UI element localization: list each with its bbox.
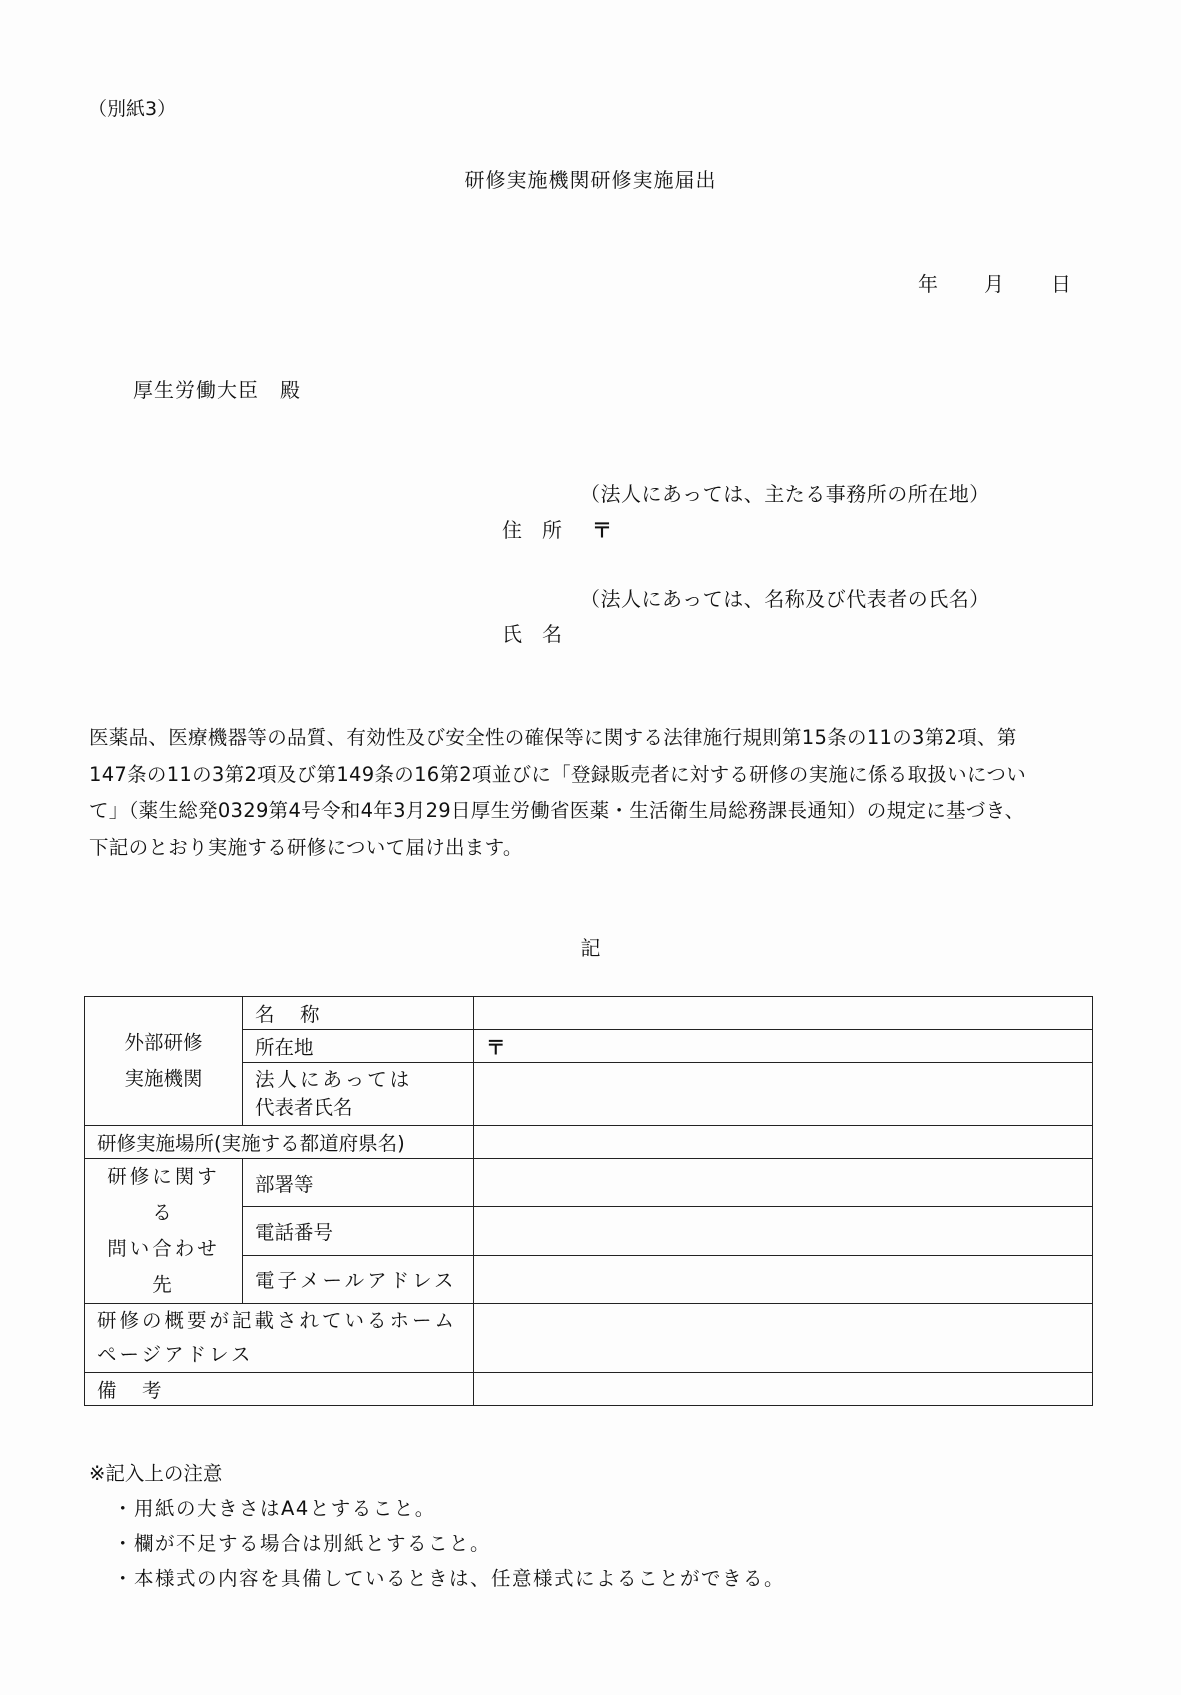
cautions-heading: ※記入上の注意 (89, 1456, 785, 1491)
dept-input-cell[interactable] (474, 1159, 1093, 1207)
location-input-cell[interactable]: 〒 (474, 1030, 1093, 1063)
remarks-input-cell[interactable] (474, 1373, 1093, 1406)
email-label-cell: 電子メールアドレス (243, 1255, 474, 1303)
name-input-cell[interactable] (474, 997, 1093, 1030)
date-month-label: 月 (984, 268, 1004, 297)
contact-group: 研修に関する 問い合わせ先 (85, 1159, 243, 1304)
body-paragraph: 医薬品、医療機器等の品質、有効性及び安全性の確保等に関する法律施行規則第15条の… (89, 720, 1099, 866)
name-label: 氏 名 (502, 618, 562, 647)
page-title: 研修実施機関研修実施届出 (0, 164, 1181, 193)
caution-item: ・本様式の内容を具備しているときは、任意様式によることができる。 (89, 1561, 785, 1596)
remarks-label-cell: 備 考 (85, 1373, 474, 1406)
caution-item: ・欄が不足する場合は別紙とすること。 (89, 1526, 785, 1561)
group-label-line: 実施機関 (97, 1061, 230, 1097)
location-label-cell: 所在地 (243, 1030, 474, 1063)
group-label-line: 研修に関する (97, 1159, 230, 1231)
name-label-cell: 名 称 (243, 997, 474, 1030)
homepage-label-line: ページアドレス (97, 1338, 461, 1372)
postal-mark: 〒 (486, 1036, 506, 1059)
dept-label-cell: 部署等 (243, 1159, 474, 1207)
ki-heading: 記 (0, 932, 1181, 961)
representative-label-cell: 法人にあっては 代表者氏名 (243, 1063, 474, 1126)
body-line: 医薬品、医療機器等の品質、有効性及び安全性の確保等に関する法律施行規則第15条の… (89, 720, 1099, 757)
date-year-label: 年 (918, 268, 938, 297)
caution-item: ・用紙の大きさはA4とすること。 (89, 1491, 785, 1526)
homepage-label-line: 研修の概要が記載されているホーム (97, 1304, 461, 1338)
date-day-label: 日 (1051, 268, 1071, 297)
postal-mark: 〒 (592, 514, 612, 543)
body-line: て」（薬生総発0329第4号令和4年3月29日厚生労働省医薬・生活衛生局総務課長… (89, 793, 1099, 830)
representative-input-cell[interactable] (474, 1063, 1093, 1126)
address-note: （法人にあっては、主たる事務所の所在地） (580, 478, 990, 507)
venue-input-cell[interactable] (474, 1126, 1093, 1159)
cautions-section: ※記入上の注意 ・用紙の大きさはA4とすること。 ・欄が不足する場合は別紙とする… (89, 1456, 785, 1596)
addressee: 厚生労働大臣 殿 (133, 374, 301, 403)
body-line: 下記のとおり実施する研修について届け出ます。 (89, 830, 1099, 867)
group-label-line: 外部研修 (97, 1025, 230, 1061)
phone-label-cell: 電話番号 (243, 1207, 474, 1255)
venue-label-cell: 研修実施場所(実施する都道府県名) (85, 1126, 474, 1159)
address-label: 住 所 (502, 514, 562, 543)
attachment-label: （別紙3） (88, 94, 176, 121)
name-note: （法人にあっては、名称及び代表者の氏名） (580, 583, 990, 612)
phone-input-cell[interactable] (474, 1207, 1093, 1255)
body-line: 147条の11の3第2項及び第149条の16第2項並びに「登録販売者に対する研修… (89, 757, 1099, 794)
form-table: 外部研修 実施機関 名 称 所在地 〒 法人にあっては 代表者氏名 研修実施場所… (84, 996, 1093, 1406)
rep-label-line: 代表者氏名 (255, 1094, 461, 1122)
homepage-input-cell[interactable] (474, 1304, 1093, 1373)
rep-label-line: 法人にあっては (255, 1066, 461, 1094)
external-institution-group: 外部研修 実施機関 (85, 997, 243, 1126)
group-label-line: 問い合わせ先 (97, 1231, 230, 1303)
email-input-cell[interactable] (474, 1255, 1093, 1303)
homepage-label-cell: 研修の概要が記載されているホーム ページアドレス (85, 1304, 474, 1373)
